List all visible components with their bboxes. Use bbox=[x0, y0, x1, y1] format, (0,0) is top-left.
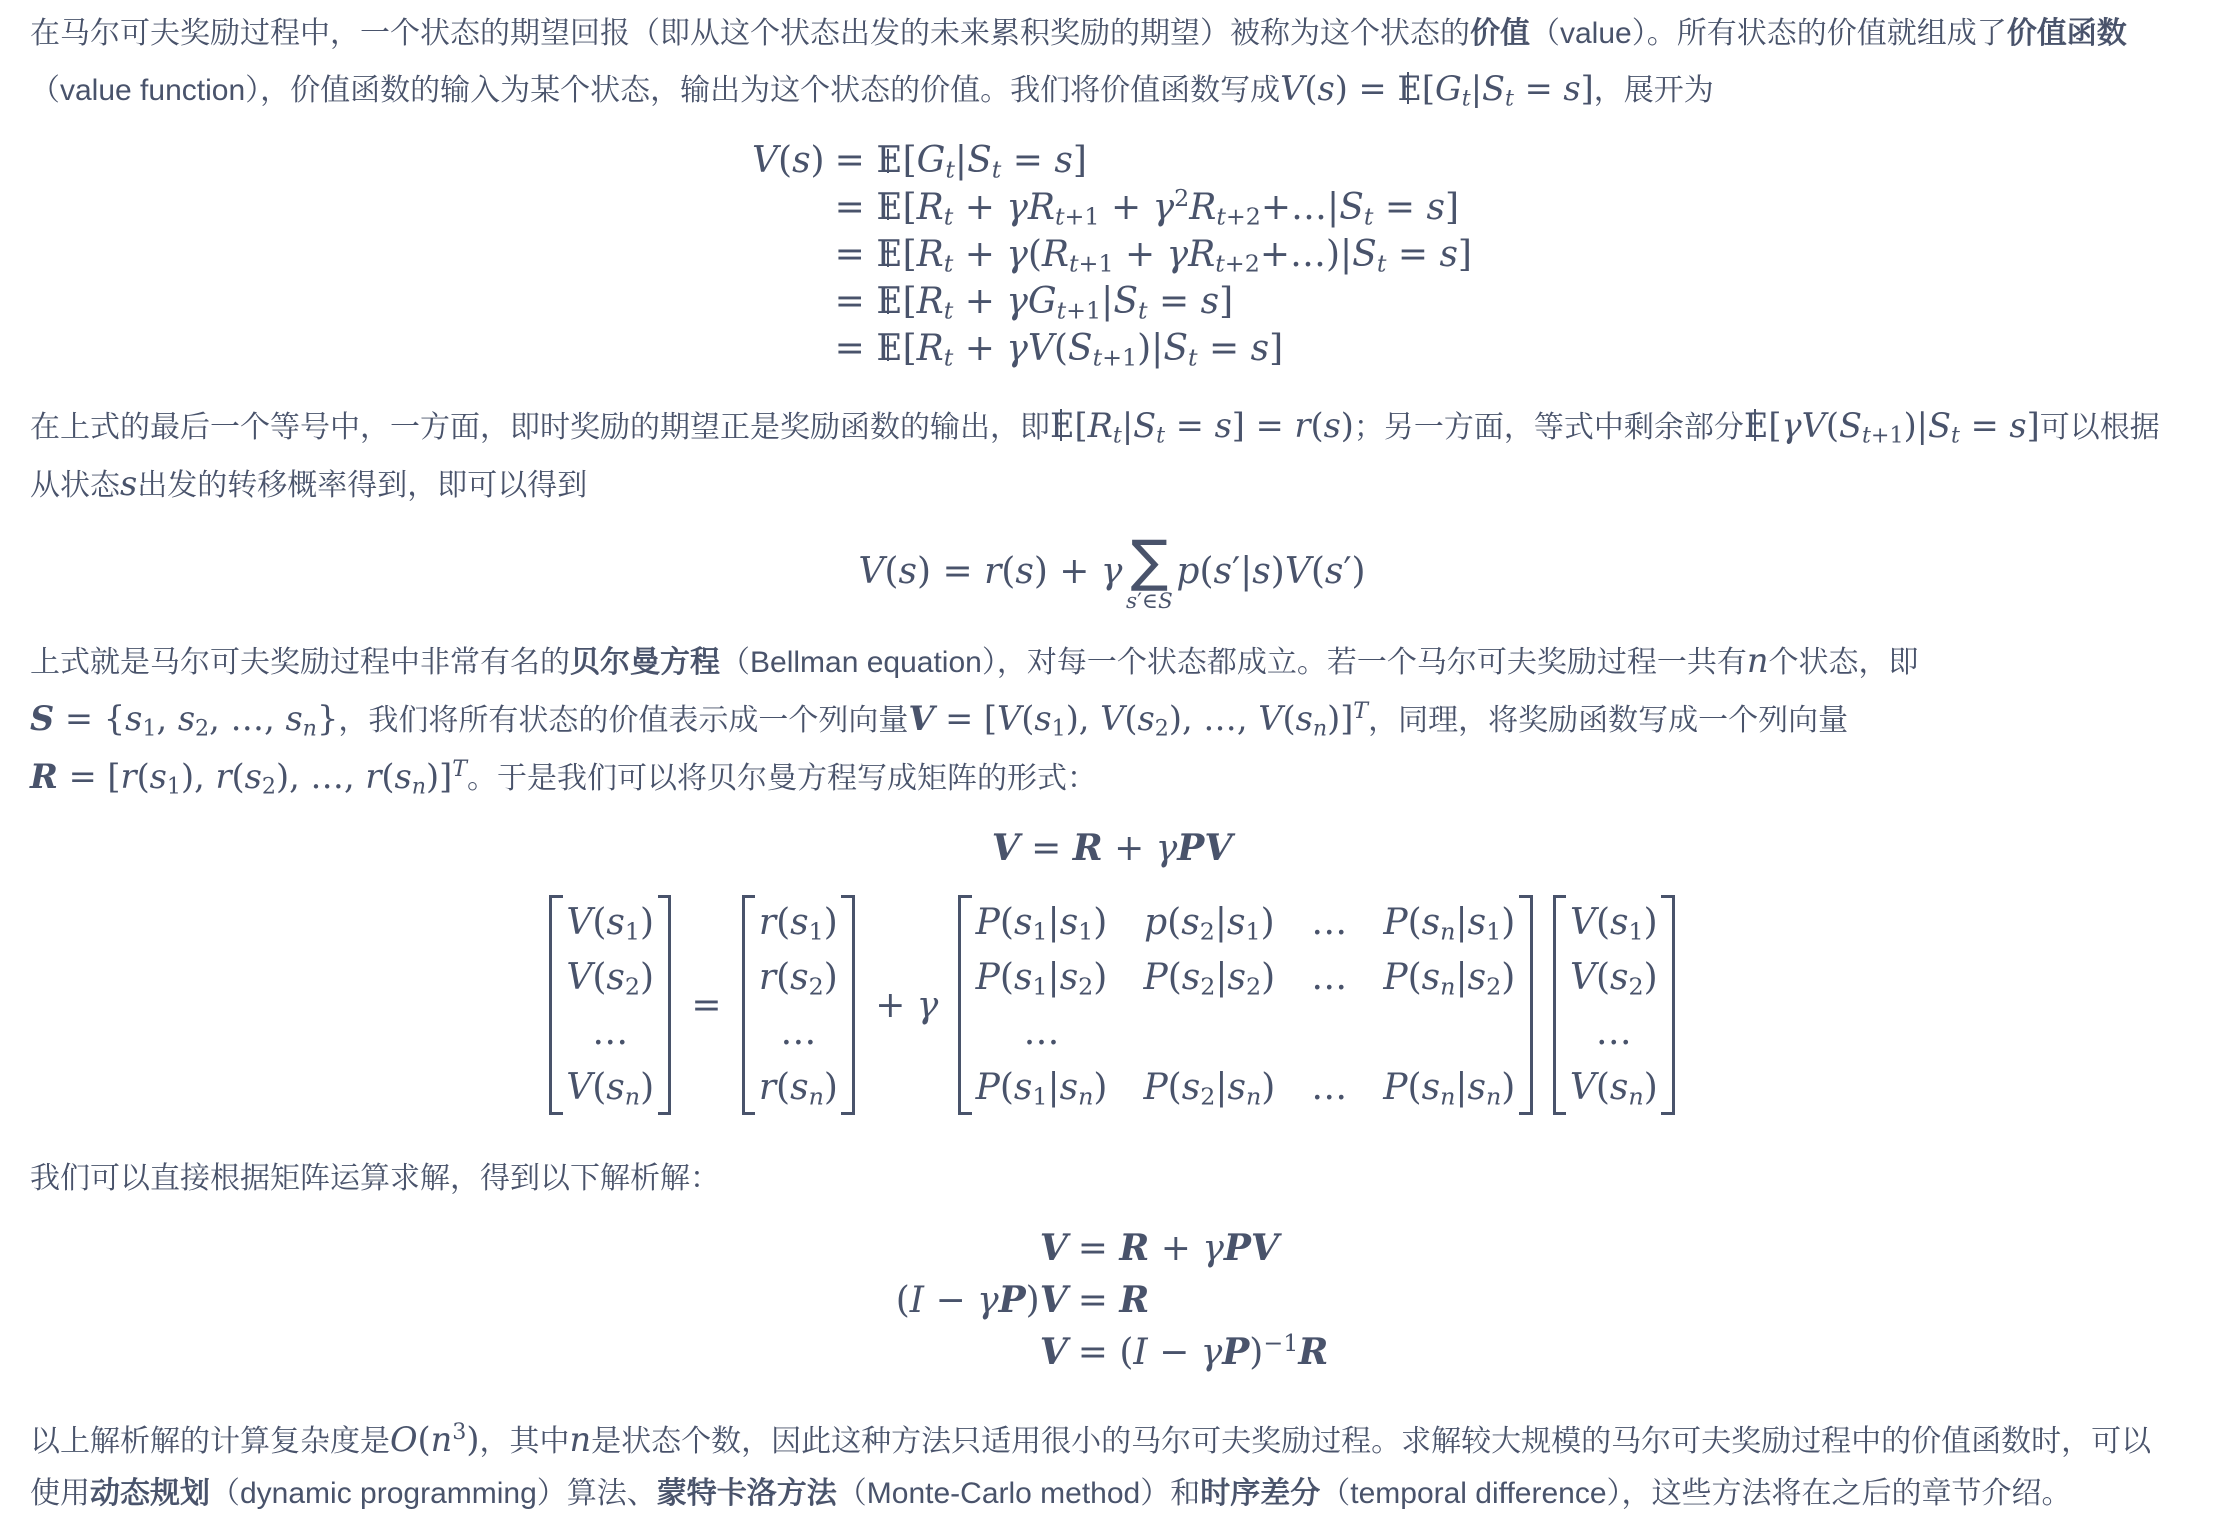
article-markov-reward-process: 在马尔可夫奖励过程中，一个状态的期望回报（即从这个状态出发的未来累积奖励的期望）… bbox=[0, 0, 2224, 1528]
inline-math: O(n3) bbox=[390, 1420, 480, 1459]
matrix-cell: V(s1) bbox=[566, 900, 654, 945]
text-line: （value function），价值函数的输入为某个状态，输出为这个状态的价值… bbox=[30, 60, 2194, 118]
equation-bellman: V(s) = r(s) + γ∑s′∈Sp(s′|s)V(s′) bbox=[30, 534, 2194, 614]
bold-term: 蒙特卡洛方法 bbox=[657, 1477, 837, 1510]
matrix-cell: P(sn|sn) bbox=[1383, 1065, 1515, 1110]
matrix-cell: P(s1|sn) bbox=[976, 1065, 1108, 1110]
summation-symbol: ∑s′∈S bbox=[1126, 534, 1173, 614]
equation-matrix-expanded: V(s1)V(s2)…V(sn) = r(s1)r(s2)…r(sn) + γ … bbox=[30, 895, 2194, 1115]
blackboard-E: E bbox=[1050, 397, 1075, 455]
text-line: S = {s1, s2, …, sn}，我们将所有状态的价值表示成一个列向量V … bbox=[30, 690, 2194, 748]
matrix-cell: … bbox=[1311, 1065, 1347, 1110]
paragraph-complexity-and-methods: 以上解析解的计算复杂度是O(n3)，其中n是状态个数，因此这种方法只适用很小的马… bbox=[30, 1411, 2194, 1520]
equals-operator: = bbox=[691, 985, 721, 1026]
bold-term: 时序差分 bbox=[1200, 1477, 1320, 1510]
text-line: 在上式的最后一个等号中，一方面，即时奖励的期望正是奖励函数的输出，即E[Rt|S… bbox=[30, 397, 2194, 455]
equation-rhs: = E[Gt|St = s] bbox=[825, 139, 1472, 183]
equation-analytic-solution: V= R + γPV(I − γP)V= RV= (I − γP)−1R bbox=[30, 1227, 2194, 1375]
matrix-cell: P(sn|s1) bbox=[1383, 900, 1515, 945]
paragraph-bellman-matrix-setup: 上式就是马尔可夫奖励过程中非常有名的贝尔曼方程（Bellman equation… bbox=[30, 632, 2194, 805]
equation-lhs: V bbox=[896, 1227, 1068, 1271]
equation-lhs bbox=[752, 280, 825, 324]
equation-value-derivation: V(s)= E[Gt|St = s]= E[Rt + γRt+1 + γ2Rt+… bbox=[30, 139, 2194, 371]
matrix-cell: … bbox=[592, 1010, 628, 1055]
matrix-value-vector-right: V(s1)V(s2)…V(sn) bbox=[1553, 895, 1675, 1115]
blackboard-E: E bbox=[1744, 397, 1769, 455]
blackboard-E: E bbox=[876, 186, 902, 230]
matrix-cell: r(s1) bbox=[759, 900, 838, 945]
matrix-cell: V(s1) bbox=[1570, 900, 1658, 945]
matrix-cell: P(s1|s1) bbox=[976, 900, 1108, 945]
text-line: 以上解析解的计算复杂度是O(n3)，其中n是状态个数，因此这种方法只适用很小的马… bbox=[30, 1411, 2194, 1469]
inline-math: n bbox=[1747, 641, 1769, 680]
inline-math: s bbox=[120, 464, 137, 503]
matrix-cell: V(sn) bbox=[1570, 1065, 1658, 1110]
inline-math: R = [r(s1), r(s2), …, r(sn)]T bbox=[30, 757, 467, 796]
equation-lhs: V(s) bbox=[752, 139, 825, 183]
matrix-transition-probability: P(s1|s1)p(s2|s1)…P(sn|s1)P(s1|s2)P(s2|s2… bbox=[958, 895, 1532, 1115]
matrix-cell: … bbox=[780, 1010, 816, 1055]
equation-lhs bbox=[752, 186, 825, 230]
inline-math: E[γV(St+1)|St = s] bbox=[1744, 406, 2040, 445]
paragraph-analytic-solution-intro: 我们可以直接根据矩阵运算求解，得到以下解析解： bbox=[30, 1153, 2194, 1205]
matrix-cell: V(s2) bbox=[1570, 955, 1658, 1000]
matrix-cell: P(s2|sn) bbox=[1143, 1065, 1275, 1110]
equation-rhs: = E[Rt + γRt+1 + γ2Rt+2+…|St = s] bbox=[825, 186, 1472, 230]
equation-rhs: = (I − γP)−1R bbox=[1068, 1331, 1329, 1375]
text-line: 从状态s出发的转移概率得到，即可以得到 bbox=[30, 455, 2194, 513]
inline-math: V = [V(s1), V(s2), …, V(sn)]T bbox=[908, 699, 1368, 738]
blackboard-E: E bbox=[1397, 60, 1422, 118]
text-line: 使用动态规划（dynamic programming）算法、蒙特卡洛方法（Mon… bbox=[30, 1468, 2194, 1520]
paragraph-value-function-intro: 在马尔可夫奖励过程中，一个状态的期望回报（即从这个状态出发的未来累积奖励的期望）… bbox=[30, 8, 2194, 117]
equation-lhs: (I − γP)V bbox=[896, 1279, 1068, 1323]
equation-rhs: = E[Rt + γ(Rt+1 + γRt+2+…)|St = s] bbox=[825, 233, 1472, 277]
matrix-cell: P(s1|s2) bbox=[976, 955, 1108, 1000]
matrix-value-vector-left: V(s1)V(s2)…V(sn) bbox=[549, 895, 671, 1115]
bold-term: 动态规划 bbox=[90, 1477, 210, 1510]
equation-lhs: V bbox=[896, 1331, 1068, 1375]
matrix-cell: r(s2) bbox=[759, 955, 838, 1000]
equation-rhs: = R + γPV bbox=[1068, 1227, 1329, 1271]
equation-lhs bbox=[752, 233, 825, 277]
matrix-cell: p(s2|s1) bbox=[1144, 900, 1275, 945]
text-line: 我们可以直接根据矩阵运算求解，得到以下解析解： bbox=[30, 1153, 2194, 1205]
inline-math: n bbox=[570, 1420, 592, 1459]
blackboard-E: E bbox=[876, 327, 902, 371]
matrix-cell: … bbox=[1024, 1010, 1060, 1055]
text-line: 上式就是马尔可夫奖励过程中非常有名的贝尔曼方程（Bellman equation… bbox=[30, 632, 2194, 690]
blackboard-E: E bbox=[876, 139, 902, 183]
blackboard-E: E bbox=[876, 233, 902, 277]
bold-term: 价值 bbox=[1470, 17, 1530, 50]
matrix-cell: P(sn|s2) bbox=[1383, 955, 1515, 1000]
inline-math: S = {s1, s2, …, sn} bbox=[30, 699, 338, 738]
matrix-cell: P(s2|s2) bbox=[1144, 955, 1276, 1000]
matrix-cell: V(sn) bbox=[566, 1065, 654, 1110]
bold-term: 贝尔曼方程 bbox=[570, 646, 720, 679]
matrix-cell: … bbox=[1311, 900, 1347, 945]
inline-math: E[Rt|St = s] = r(s) bbox=[1050, 406, 1354, 445]
matrix-cell: … bbox=[1311, 955, 1347, 1000]
equation-rhs: = E[Rt + γV(St+1)|St = s] bbox=[825, 327, 1472, 371]
matrix-cell: … bbox=[1596, 1010, 1632, 1055]
inline-math: V(s) = E[Gt|St = s] bbox=[1280, 69, 1594, 108]
equation-rhs: = E[Rt + γGt+1|St = s] bbox=[825, 280, 1472, 324]
blackboard-E: E bbox=[876, 280, 902, 324]
matrix-cell: V(s2) bbox=[566, 955, 654, 1000]
matrix-reward-vector: r(s1)r(s2)…r(sn) bbox=[742, 895, 856, 1115]
bold-term: 价值函数 bbox=[2007, 17, 2127, 50]
matrix-cell: r(sn) bbox=[759, 1065, 838, 1110]
equation-rhs: = R bbox=[1068, 1279, 1329, 1323]
text-line: R = [r(s1), r(s2), …, r(sn)]T。于是我们可以将贝尔曼… bbox=[30, 748, 2194, 806]
plus-gamma-operator: + γ bbox=[875, 985, 938, 1026]
text-line: 在马尔可夫奖励过程中，一个状态的期望回报（即从这个状态出发的未来累积奖励的期望）… bbox=[30, 8, 2194, 60]
equation-matrix-form-compact: V = R + γPV bbox=[30, 827, 2194, 871]
paragraph-reward-expectation: 在上式的最后一个等号中，一方面，即时奖励的期望正是奖励函数的输出，即E[Rt|S… bbox=[30, 397, 2194, 513]
equation-lhs bbox=[752, 327, 825, 371]
